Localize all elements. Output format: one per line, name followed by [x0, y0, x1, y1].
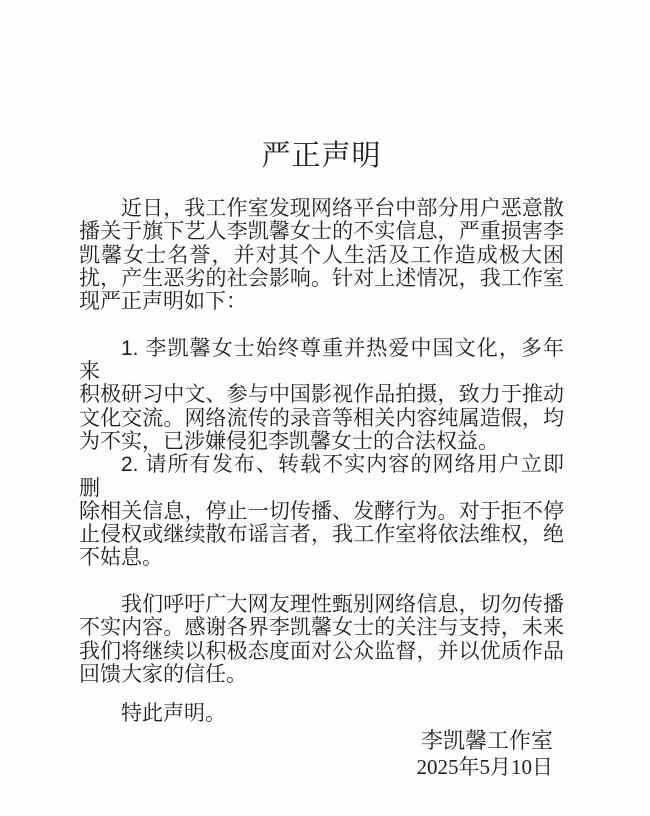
text-line: 现严正声明如下：: [79, 290, 564, 313]
text-line: 不姑息。: [79, 546, 564, 569]
closing-line: 特此声明。: [79, 702, 564, 725]
text-line: 我们呼吁广大网友理性甄别网络信息，切勿传播: [79, 593, 564, 616]
signature-line: 李凯馨工作室: [79, 727, 553, 754]
text-line: 扰，产生恶劣的社会影响。针对上述情况，我工作室: [79, 267, 564, 290]
text-line: 播关于旗下艺人李凯馨女士的不实信息，严重损害李: [79, 220, 564, 243]
closing-statement: 特此声明。: [79, 702, 564, 725]
text-line: 积极研习中文、参与中国影视作品拍摄，致力于推动: [79, 383, 564, 406]
signature-block: 李凯馨工作室 2025年5月10日: [79, 727, 564, 781]
text-line: 止侵权或继续散布谣言者，我工作室将依法维权，绝: [79, 523, 564, 546]
text-line: 近日，我工作室发现网络平台中部分用户恶意散: [79, 197, 564, 220]
text-line: 除相关信息，停止一切传播、发酵行为。对于拒不停: [79, 500, 564, 523]
text-line: 2. 请所有发布、转载不实内容的网络用户立即删: [79, 453, 564, 500]
statement-document: 严正声明 近日，我工作室发现网络平台中部分用户恶意散 播关于旗下艺人李凯馨女士的…: [0, 0, 650, 816]
date-line: 2025年5月10日: [79, 754, 553, 781]
paragraph-item-1: 1. 李凯馨女士始终尊重并热爱中国文化，多年来 积极研习中文、参与中国影视作品拍…: [79, 337, 564, 453]
text-line: 我们将继续以积极态度面对公众监督，并以优质作品: [79, 640, 564, 663]
paragraph-item-2: 2. 请所有发布、转载不实内容的网络用户立即删 除相关信息，停止一切传播、发酵行…: [79, 453, 564, 569]
text-line: 不实内容。感谢各界李凯馨女士的关注与支持，未来: [79, 616, 564, 639]
statement-title: 严正声明: [79, 0, 564, 173]
paragraph-intro: 近日，我工作室发现网络平台中部分用户恶意散 播关于旗下艺人李凯馨女士的不实信息，…: [79, 197, 564, 313]
paragraph-appeal: 我们呼吁广大网友理性甄别网络信息，切勿传播 不实内容。感谢各界李凯馨女士的关注与…: [79, 593, 564, 686]
text-line: 回馈大家的信任。: [79, 663, 564, 686]
text-line: 1. 李凯馨女士始终尊重并热爱中国文化，多年来: [79, 337, 564, 384]
text-line: 凯馨女士名誉，并对其个人生活及工作造成极大困: [79, 244, 564, 267]
text-line: 为不实，已涉嫌侵犯李凯馨女士的合法权益。: [79, 430, 564, 453]
text-line: 文化交流。网络流传的录音等相关内容纯属造假，均: [79, 407, 564, 430]
